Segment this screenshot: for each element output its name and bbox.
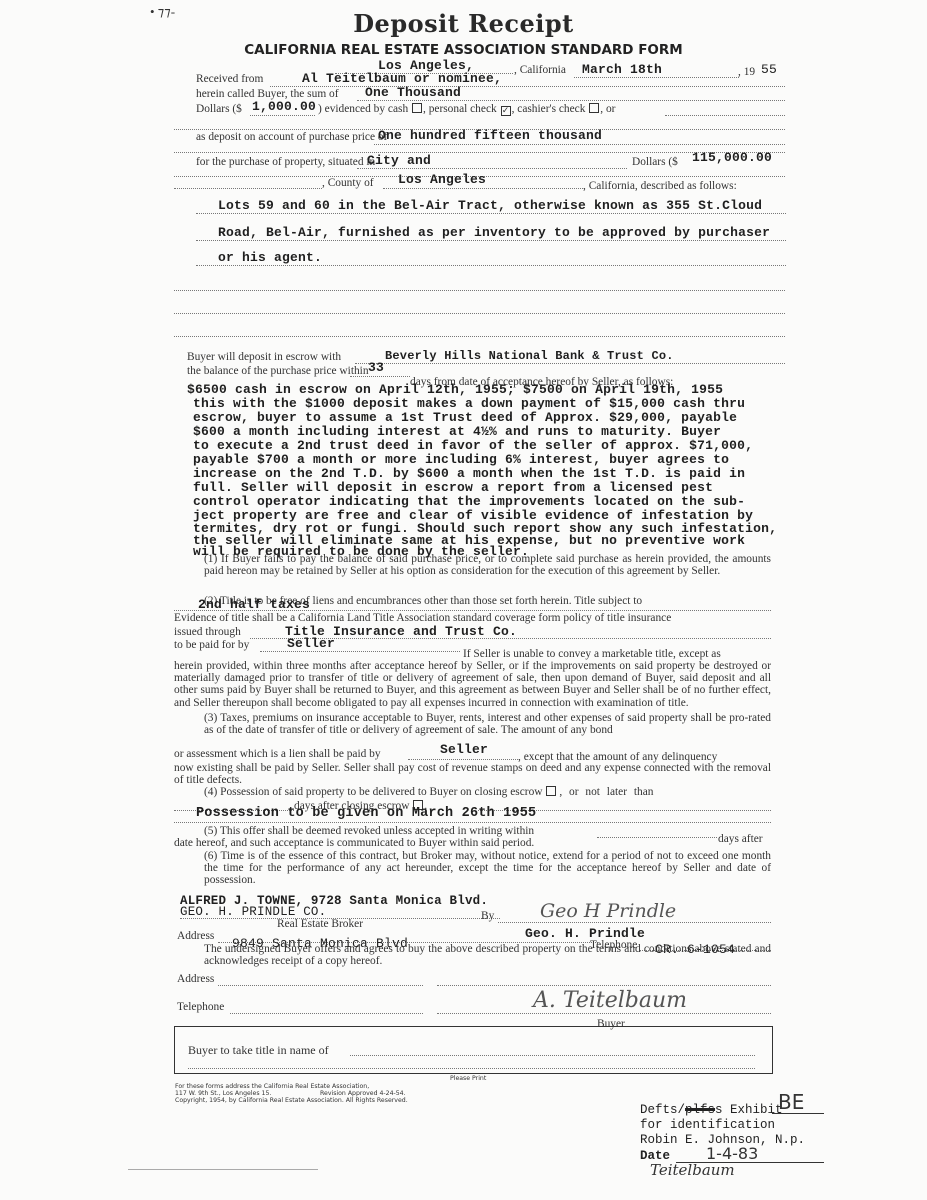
state-label: , California xyxy=(514,64,566,76)
balance-label: the balance of the purchase price within xyxy=(187,365,369,377)
days-field: 33 xyxy=(368,360,384,375)
sum-words-field: One Thousand xyxy=(365,85,461,100)
footer-revision: Revision Approved 4-24-54. xyxy=(320,1090,406,1097)
terms-line: $6500 cash in escrow on April 12th, 1955… xyxy=(187,382,723,397)
terms-line: escrow, buyer to assume a 1st Trust deed… xyxy=(193,410,737,425)
clause-2-unable-text: If Seller is unable to convey a marketab… xyxy=(463,648,721,660)
purchase-price-numeric-field: 115,000.00 xyxy=(692,150,772,165)
take-title-field[interactable] xyxy=(350,1055,755,1056)
clause-6: (6) Time is of the essence of this contr… xyxy=(174,850,771,887)
description-line: Lots 59 and 60 in the Bel-Air Tract, oth… xyxy=(218,198,762,213)
clause-2-evidence-text: Evidence of title shall be a California … xyxy=(174,612,771,624)
evidenced-label: ) evidenced by cash xyxy=(318,103,408,115)
year-prefix: , 19 xyxy=(738,66,755,78)
terms-line: this with the $1000 deposit makes a down… xyxy=(193,396,745,411)
paid-for-by-label: to be paid for by xyxy=(174,639,249,651)
buyer-telephone-label: Telephone xyxy=(177,1001,224,1013)
closing-escrow-checkbox[interactable] xyxy=(546,786,556,796)
property-situated-field: City and xyxy=(367,153,431,168)
description-line: or his agent. xyxy=(218,250,322,265)
possession-note: Possession to be given on March 26th 195… xyxy=(196,806,536,821)
clause-5-acceptance: date hereof, and such acceptance is comm… xyxy=(174,837,534,849)
take-title-label: Buyer to take title in name of xyxy=(188,1043,329,1058)
terms-line: full. Seller will deposit in escrow a re… xyxy=(193,480,713,495)
title-paid-by-field: Seller xyxy=(287,636,335,651)
purchase-price-label: as deposit on account of purchase price … xyxy=(196,131,387,143)
county-label: , County of xyxy=(322,177,374,189)
terms-line: control operator indicating that the imp… xyxy=(193,494,745,509)
year-field: 55 xyxy=(761,62,777,77)
clause-2-body: herein provided, within three months aft… xyxy=(174,660,771,709)
document-title: Deposit Receipt xyxy=(0,9,927,38)
personal-check-label: , personal check xyxy=(423,103,497,115)
lien-label: or assessment which is a lien shall be p… xyxy=(174,748,381,760)
lien-paid-by-field: Seller xyxy=(440,742,488,757)
form-subtitle: CALIFORNIA REAL ESTATE ASSOCIATION STAND… xyxy=(0,42,927,58)
buyer-acceptance-text: The undersigned Buyer offers and agrees … xyxy=(174,943,771,967)
escrow-holder-field: Beverly Hills National Bank & Trust Co. xyxy=(385,349,674,363)
buyer-acceptance: The undersigned Buyer offers and agrees … xyxy=(174,943,771,967)
clause-3: (3) Taxes, premiums on insurance accepta… xyxy=(174,712,771,736)
footer-copyright: Copyright, 1954, by California Real Esta… xyxy=(175,1097,408,1104)
terms-line: to execute a 2nd trust deed in favor of … xyxy=(193,438,753,453)
issued-through-label: issued through xyxy=(174,626,241,638)
footer-line-1: For these forms address the California R… xyxy=(175,1083,369,1090)
exhibit-id: BE xyxy=(778,1090,804,1114)
buyer-address-label: Address xyxy=(177,973,214,985)
footer-line-2: 117 W. 9th St., Los Angeles 15. xyxy=(175,1090,271,1097)
not-later-label: , or not later than xyxy=(559,786,653,798)
clause-2-body-text: herein provided, within three months aft… xyxy=(174,660,771,709)
cashiers-check-label: , cashier's check xyxy=(512,103,586,115)
please-print-label: Please Print xyxy=(450,1075,486,1082)
county-field: Los Angeles xyxy=(398,172,486,187)
clause-3-body: now existing shall be paid by Seller. Se… xyxy=(174,762,771,786)
days-after-label: days after xyxy=(718,833,763,845)
title-subject-field: 2nd half taxes xyxy=(198,597,310,612)
exhibit-suffix: s Exhibit xyxy=(715,1103,783,1117)
struck-text: plfs xyxy=(685,1103,715,1117)
terms-line: $600 a month including interest at 4½% a… xyxy=(193,424,721,439)
purchase-price-words-field: One hundred fifteen thousand xyxy=(378,128,602,143)
personal-check-checkbox[interactable]: ✓ xyxy=(501,106,511,116)
broker-company: GEO. H. PRINDLE CO. xyxy=(180,905,326,919)
terms-line: payable $700 a month or more including 6… xyxy=(193,452,729,467)
clause-6-text: (6) Time is of the essence of this contr… xyxy=(174,850,771,887)
exhibit-witness: Teitelbaum xyxy=(650,1161,735,1179)
exhibit-prefix: Defts/ xyxy=(640,1103,685,1117)
cash-checkbox[interactable] xyxy=(412,103,422,113)
clause-1-text: (1) If Buyer fails to pay the balance of… xyxy=(174,553,771,577)
escrow-deposit-label: Buyer will deposit in escrow with xyxy=(187,351,341,363)
clause-4-text: (4) Possession of said property to be de… xyxy=(204,786,654,798)
buyer-signature: A. Teitelbaum xyxy=(533,988,687,1013)
clause-3-body-text: now existing shall be paid by Seller. Se… xyxy=(174,762,771,786)
description-line: Road, Bel-Air, furnished as per inventor… xyxy=(218,225,770,240)
clause-2-evidence: Evidence of title shall be a California … xyxy=(174,612,771,624)
dollars-label: Dollars ($ xyxy=(196,103,242,115)
buyer-name-field: Al Teitelbaum or nominee, xyxy=(302,71,502,86)
sum-numeric-field: 1,000.00 xyxy=(252,99,316,114)
terms-line: increase on the 2nd T.D. by $600 a month… xyxy=(193,466,745,481)
payment-methods: ) evidenced by cash , personal check ✓, … xyxy=(318,103,615,116)
exhibit-label: Defts/plfss Exhibit xyxy=(640,1103,783,1117)
received-from-label: Received from xyxy=(196,73,263,85)
by-label: By xyxy=(481,910,494,922)
dollars-paren-label: Dollars ($ xyxy=(632,156,678,168)
clause-4-label: (4) Possession of said property to be de… xyxy=(204,786,543,798)
scan-edge xyxy=(128,1169,318,1170)
described-label: , California, described as follows: xyxy=(583,180,737,192)
clause-3-text: (3) Taxes, premiums on insurance accepta… xyxy=(174,712,771,736)
clause-1: (1) If Buyer fails to pay the balance of… xyxy=(174,553,771,577)
property-situated-label: for the purchase of property, situated i… xyxy=(196,156,375,168)
real-estate-broker-label: Real Estate Broker xyxy=(277,918,363,930)
broker-signature: Geo H Prindle xyxy=(540,900,676,922)
exhibit-identification: for identification xyxy=(640,1118,775,1132)
broker-address-label: Address xyxy=(177,930,214,942)
date-field: March 18th xyxy=(582,62,662,77)
or-label: , or xyxy=(600,103,615,115)
cashiers-check-checkbox[interactable] xyxy=(589,103,599,113)
clause-5-text: (5) This offer shall be deemed revoked u… xyxy=(204,825,534,837)
